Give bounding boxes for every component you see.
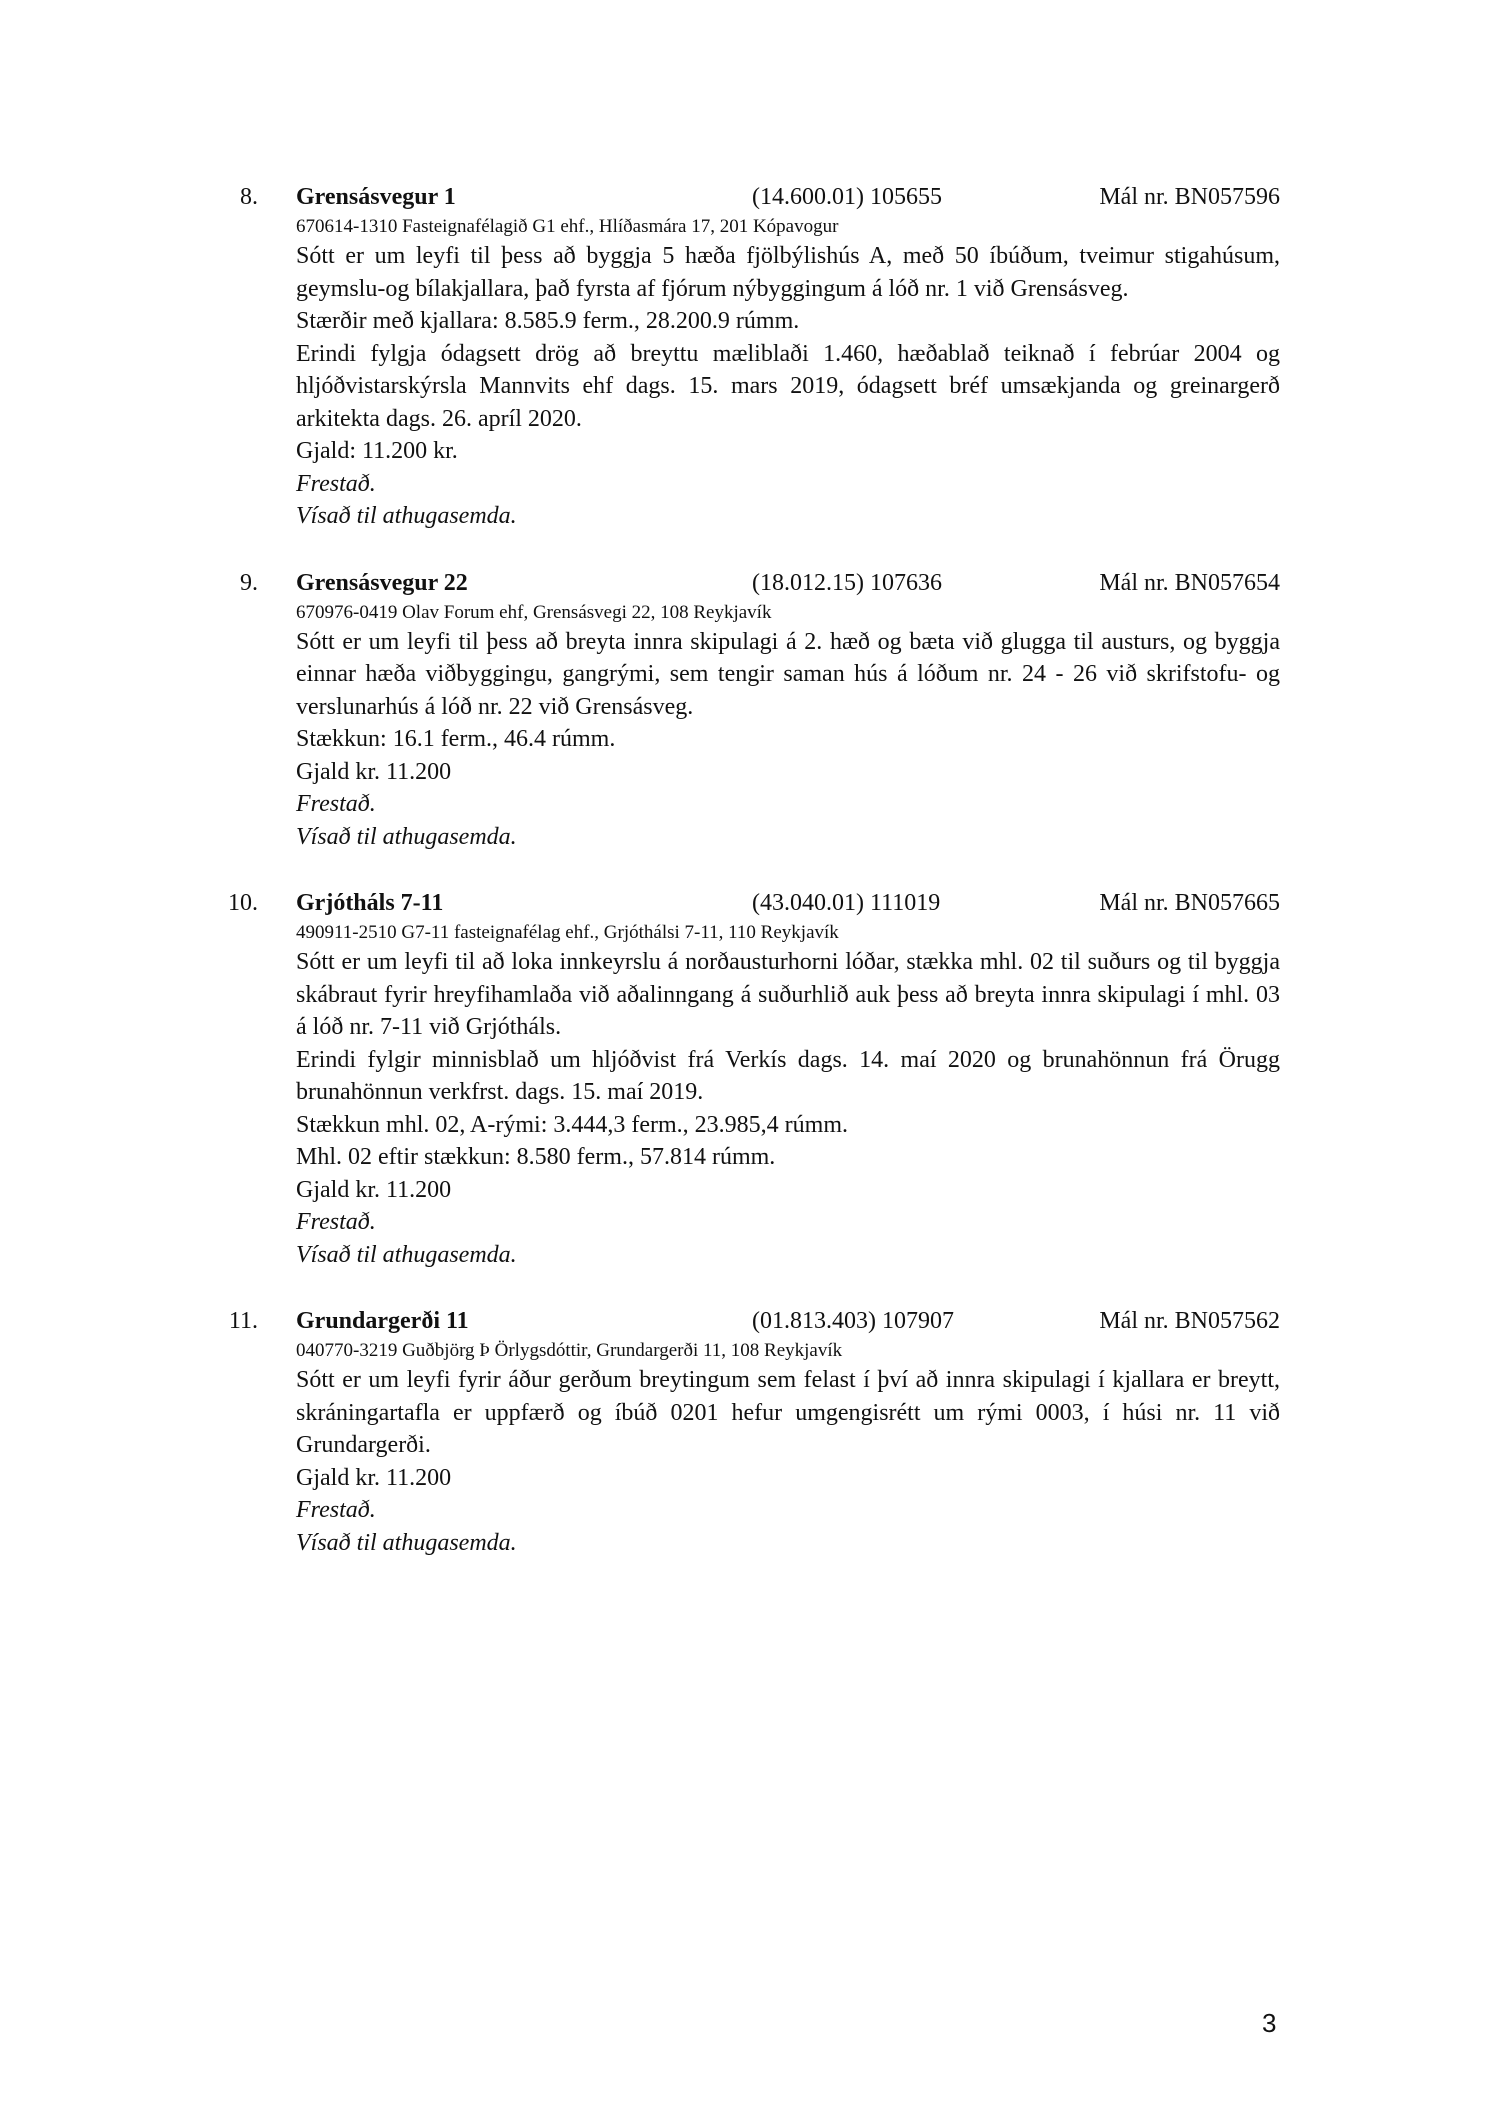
item-case-number: Mál nr. BN057596 (1099, 180, 1280, 214)
item-attachments: Erindi fylgir minnisblað um hljóðvist fr… (296, 1044, 1280, 1109)
document-page: 8. Grensásvegur 1 (14.600.01) 105655 Mál… (0, 0, 1500, 2122)
page-number: 3 (1262, 2008, 1276, 2038)
item-header: 9. Grensásvegur 22 (18.012.15) 107636 Má… (244, 566, 1280, 600)
item-decision: Frestað. (296, 468, 1280, 501)
agenda-item: 9. Grensásvegur 22 (18.012.15) 107636 Má… (244, 566, 1280, 854)
item-case-number: Mál nr. BN057665 (1099, 886, 1280, 920)
item-description: Sótt er um leyfi til þess að breyta innr… (296, 626, 1280, 724)
item-body: Sótt er um leyfi til að loka innkeyrslu … (296, 946, 1280, 1271)
item-lot-number: (01.813.403) 107907 (752, 1304, 954, 1338)
item-referral: Vísað til athugasemda. (296, 821, 1280, 854)
item-expansion: Stækkun mhl. 02, A-rými: 3.444,3 ferm., … (296, 1109, 1280, 1142)
item-fee: Gjald kr. 11.200 (296, 1462, 1280, 1495)
item-applicant: 670976-0419 Olav Forum ehf, Grensásvegi … (296, 600, 1280, 626)
item-header: 10. Grjótháls 7-11 (43.040.01) 111019 Má… (244, 886, 1280, 920)
item-number: 9. (234, 566, 258, 600)
agenda-items: 8. Grensásvegur 1 (14.600.01) 105655 Mál… (244, 180, 1280, 1592)
item-number: 10. (220, 886, 258, 920)
item-dimensions: Stækkun: 16.1 ferm., 46.4 rúmm. (296, 723, 1280, 756)
item-case-number: Mál nr. BN057654 (1099, 566, 1280, 600)
item-title: Grundargerði 11 (296, 1304, 469, 1338)
item-body: Sótt er um leyfi til þess að breyta innr… (296, 626, 1280, 854)
item-number: 11. (220, 1304, 258, 1338)
item-referral: Vísað til athugasemda. (296, 1239, 1280, 1272)
agenda-item: 8. Grensásvegur 1 (14.600.01) 105655 Mál… (244, 180, 1280, 533)
item-attachments: Erindi fylgja ódagsett drög að breyttu m… (296, 338, 1280, 436)
item-header: 11. Grundargerði 11 (01.813.403) 107907 … (244, 1304, 1280, 1338)
item-decision: Frestað. (296, 1206, 1280, 1239)
item-lot-number: (14.600.01) 105655 (752, 180, 942, 214)
item-lot-number: (43.040.01) 111019 (752, 886, 940, 920)
item-fee: Gjald kr. 11.200 (296, 756, 1280, 789)
item-body: Sótt er um leyfi fyrir áður gerðum breyt… (296, 1364, 1280, 1559)
item-applicant: 490911-2510 G7-11 fasteignafélag ehf., G… (296, 920, 1280, 946)
item-decision: Frestað. (296, 1494, 1280, 1527)
item-decision: Frestað. (296, 788, 1280, 821)
item-applicant: 670614-1310 Fasteignafélagið G1 ehf., Hl… (296, 214, 1280, 240)
item-referral: Vísað til athugasemda. (296, 500, 1280, 533)
item-description: Sótt er um leyfi til þess að byggja 5 hæ… (296, 240, 1280, 305)
item-description: Sótt er um leyfi til að loka innkeyrslu … (296, 946, 1280, 1044)
item-header: 8. Grensásvegur 1 (14.600.01) 105655 Mál… (244, 180, 1280, 214)
agenda-item: 10. Grjótháls 7-11 (43.040.01) 111019 Má… (244, 886, 1280, 1271)
item-title: Grensásvegur 22 (296, 566, 468, 600)
item-fee: Gjald kr. 11.200 (296, 1174, 1280, 1207)
item-body: Sótt er um leyfi til þess að byggja 5 hæ… (296, 240, 1280, 533)
item-referral: Vísað til athugasemda. (296, 1527, 1280, 1560)
item-number: 8. (234, 180, 258, 214)
item-title: Grensásvegur 1 (296, 180, 456, 214)
item-title: Grjótháls 7-11 (296, 886, 443, 920)
item-size-after: Mhl. 02 eftir stækkun: 8.580 ferm., 57.8… (296, 1141, 1280, 1174)
item-case-number: Mál nr. BN057562 (1099, 1304, 1280, 1338)
agenda-item: 11. Grundargerði 11 (01.813.403) 107907 … (244, 1304, 1280, 1559)
item-description: Sótt er um leyfi fyrir áður gerðum breyt… (296, 1364, 1280, 1462)
item-fee: Gjald: 11.200 kr. (296, 435, 1280, 468)
item-lot-number: (18.012.15) 107636 (752, 566, 942, 600)
item-applicant: 040770-3219 Guðbjörg Þ Örlygsdóttir, Gru… (296, 1338, 1280, 1364)
item-dimensions: Stærðir með kjallara: 8.585.9 ferm., 28.… (296, 305, 1280, 338)
